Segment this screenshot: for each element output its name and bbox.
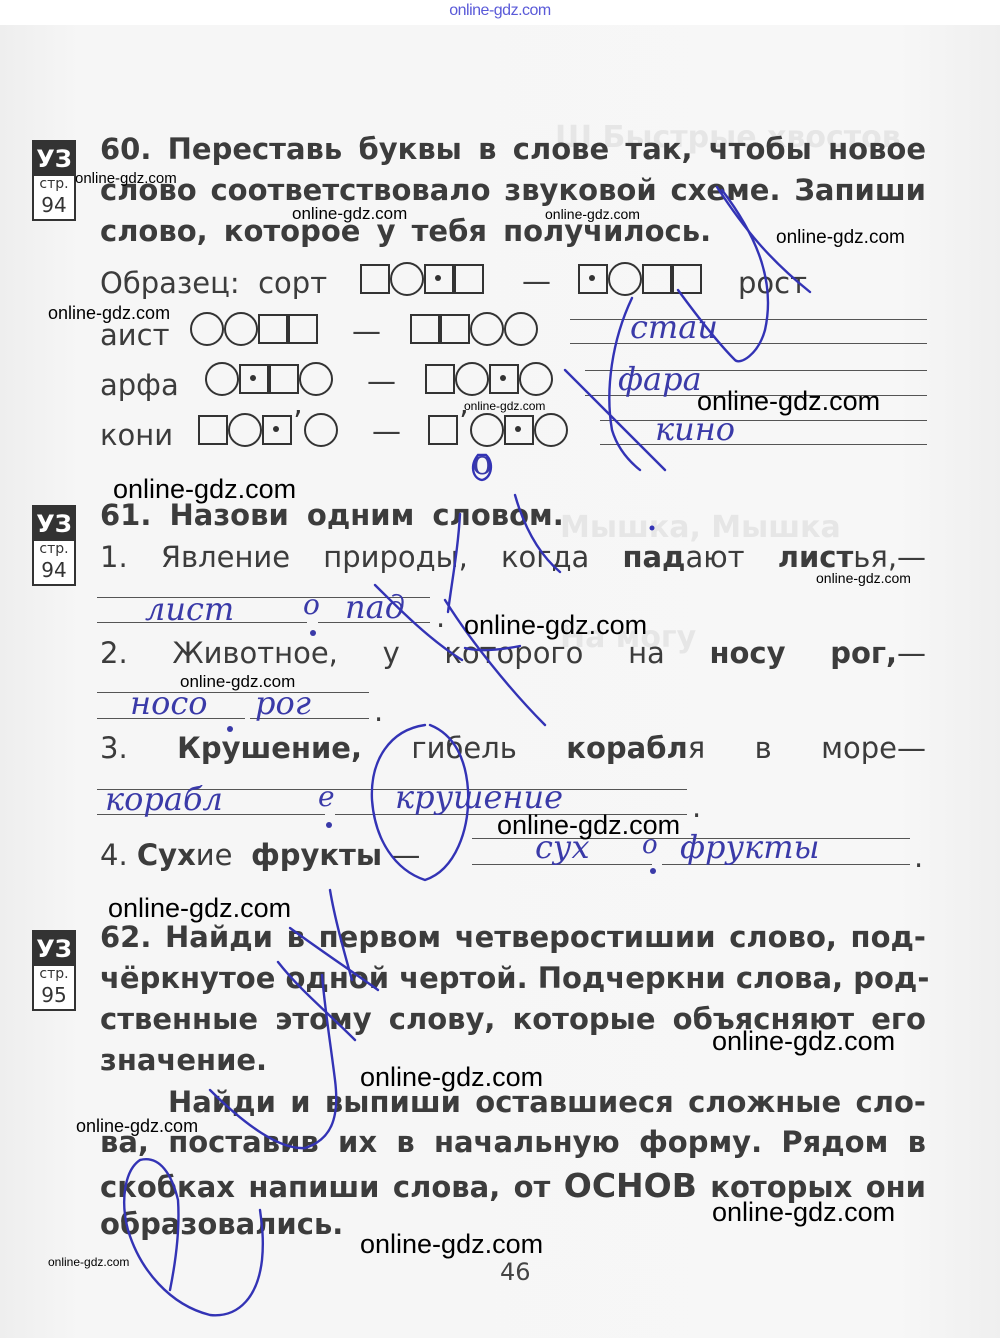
dash: —: [372, 414, 401, 448]
handwritten-answer: фрукты: [680, 828, 820, 866]
dash: —: [522, 264, 551, 298]
sound-scheme: ’: [428, 413, 568, 447]
handwritten-vowel: е: [318, 780, 335, 813]
task62-line5: Найди и выпиши оставшиеся сложные сло-: [168, 1085, 926, 1119]
badge-page-prefix: стр.: [34, 966, 74, 983]
task60-line2: слово соответствовало звуковой схеме. За…: [100, 173, 926, 207]
period: .: [374, 694, 383, 728]
row-word: кони: [100, 418, 173, 452]
watermark: online-gdz.com: [180, 672, 295, 692]
answer-line: [600, 420, 927, 421]
task62-line2: чёркнутое одной чертой. Подчеркни слова,…: [100, 961, 926, 995]
badge-label: УЗ: [34, 142, 74, 176]
handwritten-answer: пад: [345, 588, 405, 626]
top-bar: online-gdz.com: [0, 0, 1000, 25]
badge-label: УЗ: [34, 932, 74, 966]
watermark: online-gdz.com: [108, 893, 291, 924]
sample-result: рост: [738, 266, 807, 300]
handwritten-answer: корабл: [105, 780, 223, 818]
answer-line: [600, 444, 927, 445]
task61-item2: 2. Животное, у которого на носу рог,—: [100, 636, 926, 670]
watermark: online-gdz.com: [48, 1255, 129, 1269]
task62-line8: образовались.: [100, 1207, 343, 1241]
period: .: [436, 600, 445, 634]
handwritten-vowel: о: [303, 588, 320, 621]
watermark: online-gdz.com: [497, 810, 680, 841]
task61-item4: 4. Сухие фрукты —: [100, 838, 420, 872]
watermark: online-gdz.com: [712, 1197, 895, 1228]
period: .: [692, 790, 701, 824]
watermark: online-gdz.com: [76, 1116, 198, 1137]
dash: —: [352, 314, 381, 348]
watermark: online-gdz.com: [360, 1062, 543, 1093]
sound-scheme: [360, 262, 484, 296]
task-badge: УЗ стр. 95: [32, 930, 76, 1011]
badge-page-prefix: стр.: [34, 541, 74, 558]
handwritten-answer: фара: [618, 360, 702, 398]
row-word: арфа: [100, 368, 179, 402]
watermark: online-gdz.com: [545, 206, 640, 222]
badge-page-number: 95: [34, 983, 74, 1009]
sound-scheme: [410, 312, 538, 346]
watermark: online-gdz.com: [776, 227, 905, 249]
header-watermark: online-gdz.com: [0, 2, 1000, 20]
watermark: online-gdz.com: [712, 1026, 895, 1057]
watermark: online-gdz.com: [75, 170, 177, 187]
stress-dot: [650, 868, 656, 874]
task61-item3: 3. Крушение, гибель корабля в море—: [100, 731, 926, 765]
sound-scheme: [578, 262, 702, 296]
period: .: [914, 840, 923, 874]
sound-scheme: [425, 362, 553, 396]
sound-scheme: [190, 312, 318, 346]
page-number: 46: [500, 1258, 531, 1286]
badge-page-number: 94: [34, 193, 74, 219]
handwritten-mark: о: [472, 443, 492, 483]
task60-line1: 60. Переставь буквы в слове так, чтобы н…: [100, 132, 926, 166]
task61-item1: 1. Явление природы, когда падают листья,…: [100, 540, 926, 574]
watermark: online-gdz.com: [292, 204, 407, 224]
dash: —: [367, 364, 396, 398]
handwritten-answer: стаи: [630, 308, 718, 346]
badge-page-prefix: стр.: [34, 176, 74, 193]
task-badge: УЗ стр. 94: [32, 505, 76, 586]
watermark: online-gdz.com: [48, 303, 170, 324]
task-badge: УЗ стр. 94: [32, 140, 76, 221]
watermark: online-gdz.com: [464, 610, 647, 641]
task62-line1: 62. Найди в первом четверостишии слово, …: [100, 920, 926, 954]
answer-line: [570, 343, 927, 344]
watermark: online-gdz.com: [360, 1229, 543, 1260]
sample-label: Образец: сорт: [100, 266, 327, 300]
watermark: online-gdz.com: [113, 474, 296, 505]
watermark: online-gdz.com: [697, 386, 880, 417]
badge-label: УЗ: [34, 507, 74, 541]
handwritten-answer: лист: [145, 590, 234, 628]
sound-scheme: ’: [198, 413, 338, 447]
watermark: online-gdz.com: [464, 399, 545, 413]
watermark: online-gdz.com: [816, 570, 911, 586]
answer-line: [570, 319, 927, 320]
stress-dot: [326, 822, 332, 828]
badge-page-number: 94: [34, 558, 74, 584]
task62-line4: значение.: [100, 1043, 267, 1077]
task62-line6: ва, поставив их в начальную форму. Рядом…: [100, 1125, 926, 1159]
sound-scheme: [205, 362, 333, 396]
